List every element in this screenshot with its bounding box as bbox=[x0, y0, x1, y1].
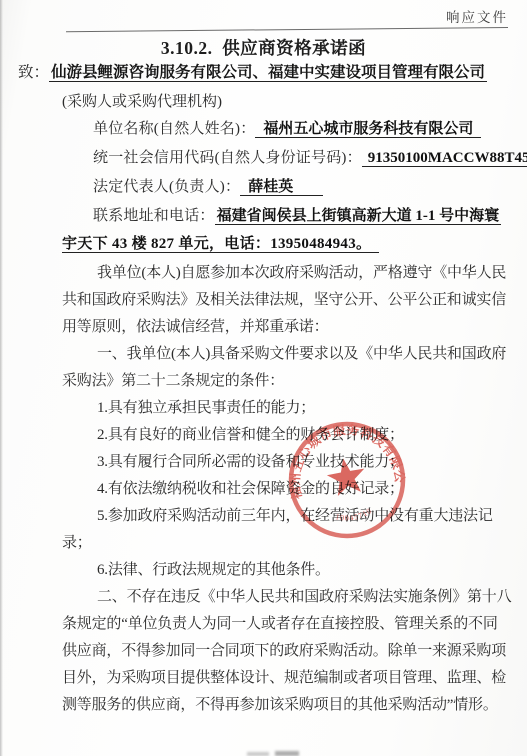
paragraph-line: 4.有依法缴纳税收和社会保障资金的良好记录； bbox=[62, 476, 512, 503]
paragraphs: 我单位(本人)自愿参加本次政府采购活动，严格遵守《中华人民共和国政府采购法》及相… bbox=[0, 260, 512, 719]
document-content: 3.10.2. 供应商资格承诺函 致：仙游县鲤源咨询服务有限公司、福建中实建设项… bbox=[0, 36, 527, 719]
footer-artifact-mark bbox=[275, 751, 299, 756]
paragraph-line: 1.具有独立承担民事责任的能力； bbox=[62, 395, 512, 422]
field-label: 单位名称(自然人姓名)： bbox=[93, 121, 255, 137]
header-label: 响应文件 bbox=[446, 6, 508, 26]
paragraph-line: 采购法》第二十二条规定的条件： bbox=[62, 368, 512, 395]
field-row: 联系地址和电话：福建省闽侯县上街镇高新大道 1-1 号中海寰 bbox=[93, 202, 527, 231]
field-label: 法定代表人(负责人)： bbox=[93, 179, 240, 195]
field-row: 统一社会信用代码(自然人身份证号码)：91350100MACCW88T45 bbox=[93, 144, 527, 173]
field-value: 薛桂英 bbox=[240, 179, 323, 196]
field-value: 福建省闽侯县上街镇高新大道 1-1 号中海寰 bbox=[215, 208, 502, 225]
field-label: 统一社会信用代码(自然人身份证号码)： bbox=[93, 150, 362, 166]
paragraph-line: 5.参加政府采购活动前三年内，在经营活动中没有重大违法记 bbox=[62, 503, 512, 530]
paragraph-line: 录； bbox=[62, 530, 512, 557]
field-address-line2-value: 宇天下 43 楼 827 单元，电话：13950484943。 bbox=[62, 236, 379, 253]
field-row: 单位名称(自然人姓名)：福州五心城市服务科技有限公司 bbox=[93, 115, 527, 144]
recipient-line: 致：仙游县鲤源咨询服务有限公司、福建中实建设项目管理有限公司 bbox=[0, 60, 527, 86]
paragraph-line: 供应商，不得参加同一合同项下的政府采购活动。除单一来源采购项 bbox=[62, 638, 512, 665]
footer-artifact-mark bbox=[247, 752, 269, 756]
paragraph-line: 用等原则，依法诚信经营，并郑重承诺： bbox=[62, 314, 512, 341]
paragraph-line: 6.法律、行政法规规定的其他条件。 bbox=[62, 557, 512, 584]
paragraph-line: 二、不存在违反《中华人民共和国政府采购法实施条例》第十八 bbox=[62, 584, 512, 611]
paragraph-line: 条规定的“单位负责人为同一人或者存在直接控股、管理关系的不同 bbox=[62, 611, 512, 638]
footer-artifact bbox=[247, 749, 307, 756]
recipient-value: 仙游县鲤源咨询服务有限公司、福建中实建设项目管理有限公司 bbox=[49, 64, 487, 82]
paragraph-line: 测等服务的供应商，不得再参加该采购项目的其他采购活动”情形。 bbox=[62, 692, 512, 719]
fields: 单位名称(自然人姓名)：福州五心城市服务科技有限公司统一社会信用代码(自然人身份… bbox=[0, 115, 527, 231]
document-title: 3.10.2. 供应商资格承诺函 bbox=[0, 36, 527, 60]
field-label: 联系地址和电话： bbox=[93, 208, 215, 224]
paragraph-line: 2.具有良好的商业信誉和健全的财务会计制度； bbox=[62, 422, 512, 449]
paragraph-line: 一、我单位(本人)具备采购文件要求以及《中华人民共和国政府 bbox=[62, 341, 512, 368]
field-address-line2: 宇天下 43 楼 827 单元，电话：13950484943。 bbox=[0, 231, 527, 258]
recipient-note: (采购人或采购代理机构) bbox=[0, 89, 527, 115]
paragraph-line: 3.具有履行合同所必需的设备和专业技术能力； bbox=[62, 449, 512, 476]
recipient-label: 致： bbox=[18, 64, 49, 81]
field-value: 91350100MACCW88T45 bbox=[362, 150, 527, 167]
paragraph-line: 共和国政府采购法》及相关法律法规，坚守公开、公平公正和诚实信 bbox=[62, 287, 512, 314]
field-row: 法定代表人(负责人)：薛桂英 bbox=[93, 173, 527, 202]
paragraph-line: 目外，为采购项目提供整体设计、规范编制或者项目管理、监理、检 bbox=[62, 665, 512, 692]
field-value: 福州五心城市服务科技有限公司 bbox=[255, 121, 481, 138]
paragraph-line: 我单位(本人)自愿参加本次政府采购活动，严格遵守《中华人民 bbox=[62, 260, 512, 287]
